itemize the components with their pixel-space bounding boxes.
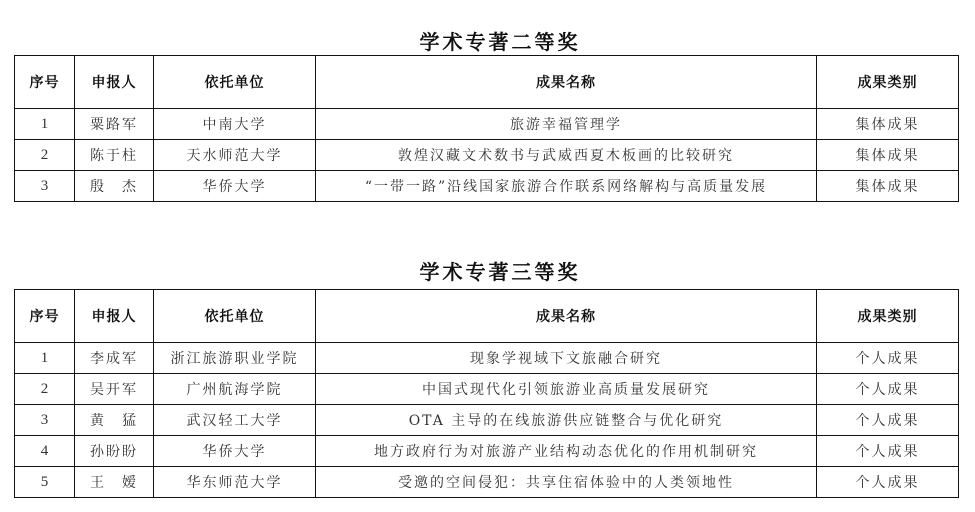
cell-category: 个人成果 [817,374,959,405]
cell-applicant: 黄 猛 [75,405,154,436]
cell-category: 集体成果 [817,109,959,140]
col-header-applicant: 申报人 [75,56,154,109]
cell-applicant: 王 嫒 [75,467,154,498]
cell-applicant: 粟路军 [75,109,154,140]
col-header-applicant: 申报人 [75,290,154,343]
cell-category: 个人成果 [817,405,959,436]
cell-name: 旅游幸福管理学 [316,109,817,140]
cell-category: 个人成果 [817,343,959,374]
cell-unit: 浙江旅游职业学院 [154,343,316,374]
cell-category: 个人成果 [817,436,959,467]
section-title-second-prize: 学术专著二等奖 [0,26,975,55]
col-header-unit: 依托单位 [154,56,316,109]
table-row: 1 粟路军 中南大学 旅游幸福管理学 集体成果 [15,109,959,140]
section-title-third-prize: 学术专著三等奖 [0,256,975,285]
cell-name: OTA 主导的在线旅游供应链整合与优化研究 [316,405,817,436]
cell-name: “一带一路”沿线国家旅游合作联系网络解构与高质量发展 [316,171,817,202]
cell-name: 受邀的空间侵犯：共享住宿体验中的人类领地性 [316,467,817,498]
second-prize-table: 序号 申报人 依托单位 成果名称 成果类别 1 粟路军 中南大学 旅游幸福管理学… [14,55,959,202]
cell-no: 1 [15,109,75,140]
cell-name: 敦煌汉藏文术数书与武威西夏木板画的比较研究 [316,140,817,171]
col-header-name: 成果名称 [316,56,817,109]
cell-applicant: 孙盼盼 [75,436,154,467]
cell-applicant: 李成军 [75,343,154,374]
cell-unit: 天水师范大学 [154,140,316,171]
cell-no: 2 [15,374,75,405]
cell-no: 3 [15,171,75,202]
cell-unit: 华侨大学 [154,171,316,202]
cell-applicant: 陈于柱 [75,140,154,171]
cell-category: 集体成果 [817,171,959,202]
col-header-unit: 依托单位 [154,290,316,343]
col-header-name: 成果名称 [316,290,817,343]
cell-applicant: 吴开军 [75,374,154,405]
cell-unit: 广州航海学院 [154,374,316,405]
cell-no: 3 [15,405,75,436]
table-row: 2 陈于柱 天水师范大学 敦煌汉藏文术数书与武威西夏木板画的比较研究 集体成果 [15,140,959,171]
third-prize-table: 序号 申报人 依托单位 成果名称 成果类别 1 李成军 浙江旅游职业学院 现象学… [14,289,959,498]
table-header-row: 序号 申报人 依托单位 成果名称 成果类别 [15,56,959,109]
table-header-row: 序号 申报人 依托单位 成果名称 成果类别 [15,290,959,343]
cell-unit: 华东师范大学 [154,467,316,498]
cell-applicant: 殷 杰 [75,171,154,202]
cell-category: 个人成果 [817,467,959,498]
table-row: 4 孙盼盼 华侨大学 地方政府行为对旅游产业结构动态优化的作用机制研究 个人成果 [15,436,959,467]
cell-name: 中国式现代化引领旅游业高质量发展研究 [316,374,817,405]
cell-no: 2 [15,140,75,171]
cell-name: 地方政府行为对旅游产业结构动态优化的作用机制研究 [316,436,817,467]
cell-unit: 武汉轻工大学 [154,405,316,436]
table-row: 1 李成军 浙江旅游职业学院 现象学视域下文旅融合研究 个人成果 [15,343,959,374]
cell-no: 1 [15,343,75,374]
col-header-no: 序号 [15,56,75,109]
table-row: 5 王 嫒 华东师范大学 受邀的空间侵犯：共享住宿体验中的人类领地性 个人成果 [15,467,959,498]
table-row: 2 吴开军 广州航海学院 中国式现代化引领旅游业高质量发展研究 个人成果 [15,374,959,405]
cell-name: 现象学视域下文旅融合研究 [316,343,817,374]
cell-unit: 中南大学 [154,109,316,140]
cell-category: 集体成果 [817,140,959,171]
table-row: 3 殷 杰 华侨大学 “一带一路”沿线国家旅游合作联系网络解构与高质量发展 集体… [15,171,959,202]
table-row: 3 黄 猛 武汉轻工大学 OTA 主导的在线旅游供应链整合与优化研究 个人成果 [15,405,959,436]
col-header-no: 序号 [15,290,75,343]
cell-no: 5 [15,467,75,498]
col-header-category: 成果类别 [817,56,959,109]
col-header-category: 成果类别 [817,290,959,343]
cell-unit: 华侨大学 [154,436,316,467]
cell-no: 4 [15,436,75,467]
